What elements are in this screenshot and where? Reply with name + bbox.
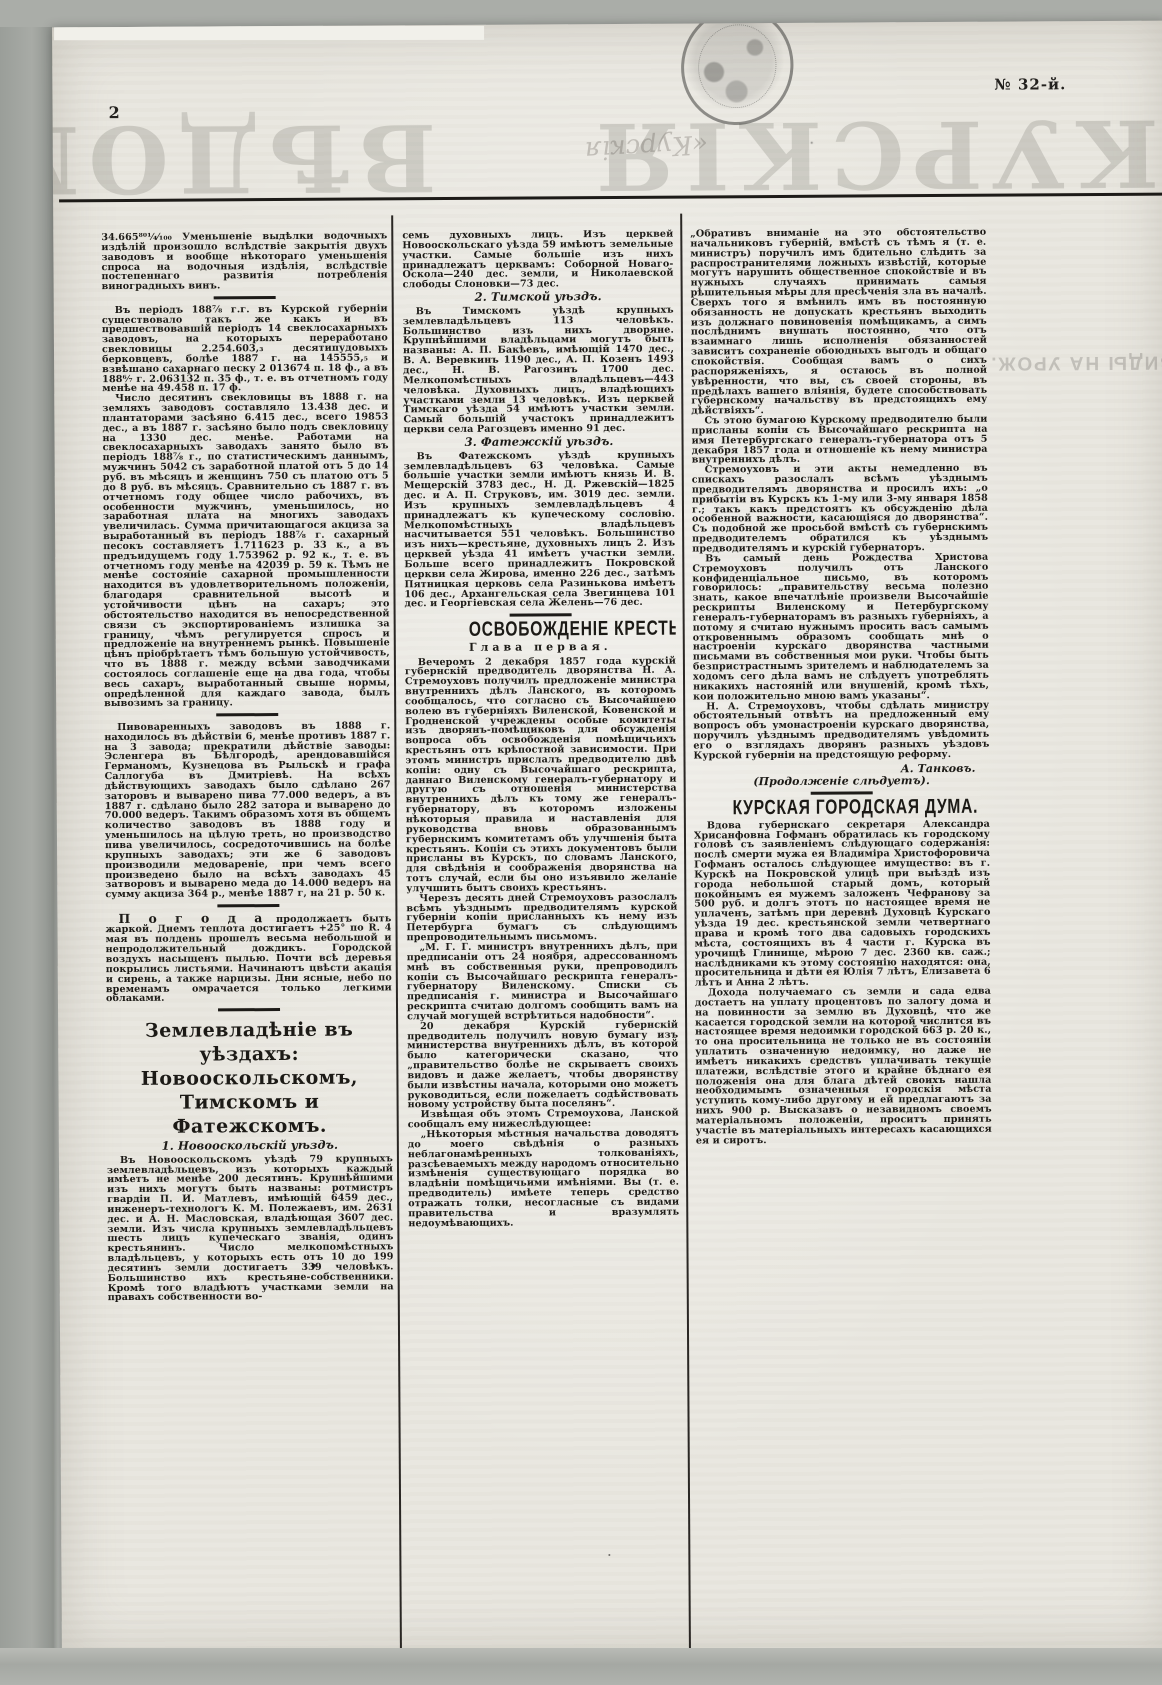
issue-number: № 32-й. — [994, 75, 1066, 93]
article-paragraph: Вдова губернскаго секретаря Александра Х… — [694, 819, 991, 988]
article-paragraph: Пивоваренныхъ заводовъ въ 1888 г. находи… — [104, 721, 391, 900]
article-headline: Землевладѣніе въ уѣздахъ: Новооскольском… — [106, 1017, 393, 1139]
article-paragraph: 34.665⁸⁰¼⁄₁₀₀ Уменьшеніе выдѣлки водочны… — [101, 231, 387, 292]
section-divider — [217, 904, 279, 907]
text-column-3: „Обративъ вниманіе на это обстоятельство… — [690, 228, 994, 1578]
article-paragraph: Въ періодъ 188⁷⁄₈ г.г. въ Курской губерн… — [102, 304, 389, 394]
author-signature: А. Танковъ. — [694, 763, 990, 775]
article-paragraph: Въ Новооскольскомъ уѣздѣ 79 крупныхъ зем… — [107, 1154, 394, 1303]
article-headline: ОСВОБОЖДЕНІЕ КРЕСТЬЯНЪ ВЪ КУРСКОЙ ГУБ. — [405, 623, 676, 638]
article-paragraph: Въ Фатежскомъ уѣздѣ крупныхъ землевладѣл… — [404, 450, 676, 609]
uyezd-subhead: 3. Фатежскій уѣздъ. — [404, 436, 675, 447]
article-paragraph: Н. А. Стремоуховъ, чтобы сдѣлать министр… — [693, 700, 989, 761]
section-divider — [218, 1008, 280, 1011]
uyezd-subhead: 1. Новооскольскій уѣздъ. — [107, 1140, 393, 1152]
headline-text: ОСВОБОЖДЕНІЕ КРЕСТЬЯНЪ ВЪ КУРСКОЙ ГУБ. — [469, 622, 682, 634]
ghost-headline-showthrough: ВИДЫ НА УРОЖ. — [974, 350, 1162, 373]
paper-torn-edge — [54, 26, 484, 40]
article-paragraph: Въ самый день Рождества Христова Стремоу… — [692, 553, 989, 702]
article-paragraph: Число десятинъ свекловицы въ 1888 г. на … — [102, 393, 390, 710]
chapter-subhead: Глава первая. — [405, 641, 676, 652]
newspaper-scan: { "page": { "page_number": "2", "issue_n… — [0, 0, 1162, 1685]
article-headline: КУРСКАЯ ГОРОДСКАЯ ДУМА. — [694, 802, 990, 818]
column-divider-rule — [680, 214, 690, 1656]
article-paragraph: Въ Тимскомъ уѣздѣ крупныхъ землевладѣльц… — [403, 306, 675, 436]
article-paragraph: П о г о д а продолжаетъ быть жаркой. Дне… — [105, 912, 392, 1004]
dust-specks — [312, 1264, 316, 1268]
headline-text: КУРСКАЯ ГОРОДСКАЯ ДУМА. — [733, 802, 979, 813]
continuation-note: (Продолженіе слѣдуетъ). — [694, 776, 990, 788]
section-divider — [214, 296, 276, 299]
article-paragraph: Дохода получаемаго съ земли и сада едва … — [695, 987, 992, 1146]
uyezd-subhead: 2. Тимской уѣздъ. — [403, 292, 674, 303]
article-paragraph: Съ этою бумагою Курскому предводителю бы… — [691, 415, 987, 466]
newspaper-page: КУРСКІЯ ВѢДОМОСТИ «Курскія ВИДЫ НА УРОЖ.… — [52, 21, 1162, 1658]
article-paragraph: 20 декабря Курскій губернскій предводите… — [407, 1020, 679, 1110]
text-column-1: 34.665⁸⁰¼⁄₁₀₀ Уменьшеніе выдѣлки водочны… — [101, 231, 395, 1563]
article-paragraph: „Нѣкоторыя мѣстныя начальства доводятъ д… — [408, 1129, 680, 1229]
scan-background-left-edge — [0, 0, 58, 1685]
section-divider — [216, 713, 278, 716]
paragraph-lead-word: П о г о д а — [118, 910, 265, 926]
text-column-2: семь духовныхъ лицъ. Изъ церквей Новооск… — [402, 230, 681, 1574]
section-divider — [509, 613, 571, 616]
page-number: 2 — [108, 103, 119, 122]
article-paragraph: Черезъ десять дней Стремоуховъ разослалъ… — [406, 892, 677, 943]
scan-background-bottom-edge — [0, 1648, 1162, 1685]
postal-stamp-inner-ring — [689, 21, 785, 117]
article-paragraph: семь духовныхъ лицъ. Изъ церквей Новооск… — [402, 230, 673, 291]
article-paragraph: „Обративъ вниманіе на это обстоятельство… — [690, 228, 987, 417]
article-paragraph: Стремоуховъ и эти акты немедленно въ спи… — [692, 464, 989, 554]
article-paragraph: „М. Г. Г. министръ внутреннихъ дѣлъ, при… — [407, 942, 678, 1022]
section-divider — [811, 792, 873, 795]
article-paragraph: Вечеромъ 2 декабря 1857 года курскій губ… — [405, 656, 677, 894]
